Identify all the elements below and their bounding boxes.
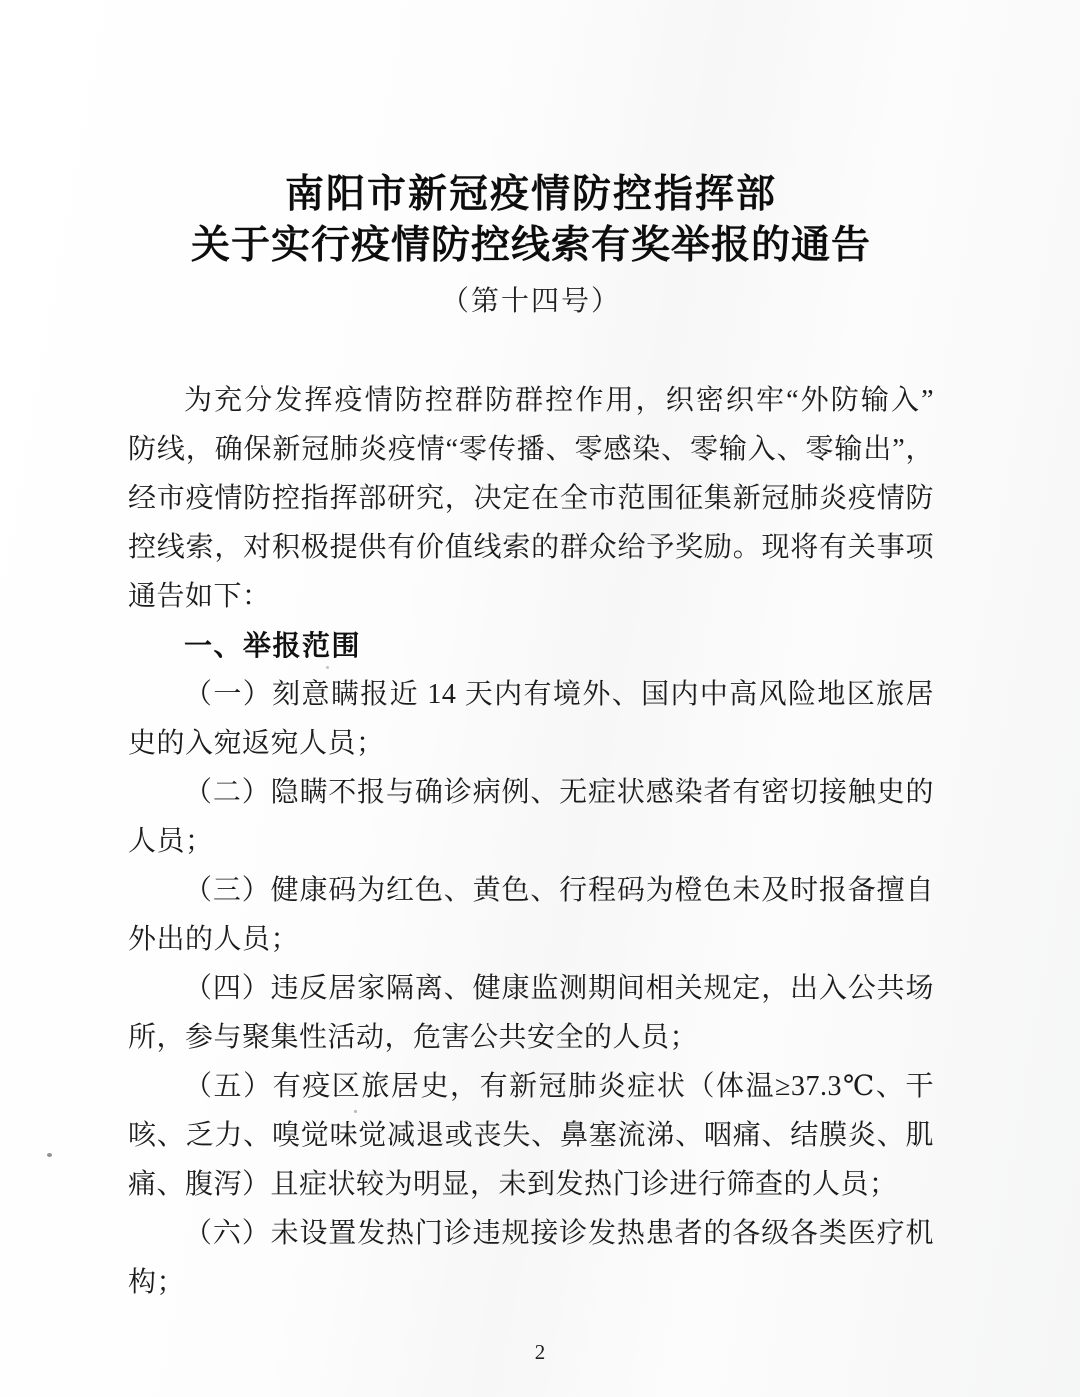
section-heading: 一、举报范围 bbox=[128, 621, 934, 670]
item-line: 人员； bbox=[128, 817, 934, 866]
document-content: 南阳市新冠疫情防控指挥部 关于实行疫情防控线索有奖举报的通告 （第十四号） 为充… bbox=[128, 0, 934, 1307]
scan-artifact-speck bbox=[326, 666, 329, 669]
intro-line: 为充分发挥疫情防控群防群控作用，织密织牢“外防输入” bbox=[128, 376, 934, 425]
item-line: 咳、乏力、嗅觉味觉减退或丧失、鼻塞流涕、咽痛、结膜炎、肌 bbox=[128, 1111, 934, 1160]
intro-line: 控线索，对积极提供有价值线索的群众给予奖励。现将有关事项 bbox=[128, 523, 934, 572]
item-line: 所，参与聚集性活动，危害公共安全的人员； bbox=[128, 1013, 934, 1062]
item-line: 外出的人员； bbox=[128, 915, 934, 964]
item-line: 史的入宛返宛人员； bbox=[128, 719, 934, 768]
item-line: （一）刻意瞒报近 14 天内有境外、国内中高风险地区旅居 bbox=[128, 670, 934, 719]
item-line: 痛、腹泻）且症状较为明显，未到发热门诊进行筛查的人员； bbox=[128, 1160, 934, 1209]
item-line: （五）有疫区旅居史，有新冠肺炎症状（体温≥37.3℃、干 bbox=[128, 1062, 934, 1111]
intro-line: 防线，确保新冠肺炎疫情“零传播、零感染、零输入、零输出”， bbox=[128, 425, 934, 474]
intro-line: 经市疫情防控指挥部研究，决定在全市范围征集新冠肺炎疫情防 bbox=[128, 474, 934, 523]
document-body: 为充分发挥疫情防控群防群控作用，织密织牢“外防输入” 防线，确保新冠肺炎疫情“零… bbox=[128, 376, 934, 1307]
scan-artifact-speck bbox=[354, 1110, 357, 1113]
document-title-line1: 南阳市新冠疫情防控指挥部 bbox=[128, 170, 934, 220]
page-number: 2 bbox=[0, 1340, 1080, 1365]
document-title-line2: 关于实行疫情防控线索有奖举报的通告 bbox=[128, 220, 934, 272]
intro-line: 通告如下： bbox=[128, 572, 934, 621]
document-page: 南阳市新冠疫情防控指挥部 关于实行疫情防控线索有奖举报的通告 （第十四号） 为充… bbox=[0, 0, 1080, 1397]
item-line: （三）健康码为红色、黄色、行程码为橙色未及时报备擅自 bbox=[128, 866, 934, 915]
item-line: （二）隐瞒不报与确诊病例、无症状感染者有密切接触史的 bbox=[128, 768, 934, 817]
item-line: （六）未设置发热门诊违规接诊发热患者的各级各类医疗机 bbox=[128, 1209, 934, 1258]
document-number: （第十四号） bbox=[128, 282, 934, 322]
scan-artifact-speck bbox=[47, 1153, 52, 1157]
item-line: 构； bbox=[128, 1258, 934, 1307]
item-line: （四）违反居家隔离、健康监测期间相关规定，出入公共场 bbox=[128, 964, 934, 1013]
